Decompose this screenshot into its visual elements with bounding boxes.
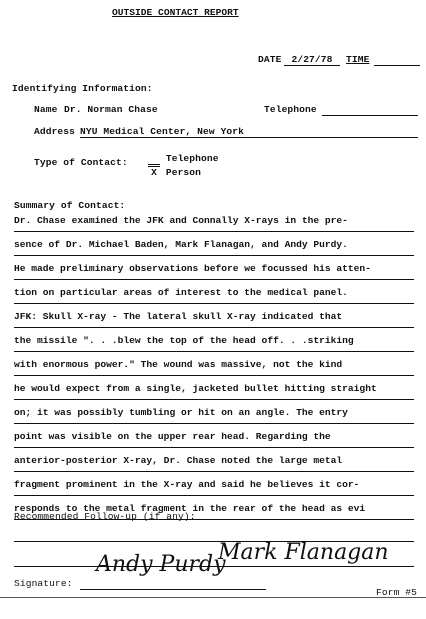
name-label: Name bbox=[34, 104, 57, 115]
address-label: Address bbox=[34, 126, 75, 137]
signature-label: Signature: bbox=[14, 578, 73, 589]
summary-line: sence of Dr. Michael Baden, Mark Flanaga… bbox=[14, 234, 414, 256]
summary-line: the missile ". . .blew the top of the he… bbox=[14, 330, 414, 352]
telephone-field[interactable] bbox=[322, 104, 418, 116]
telephone-label: Telephone bbox=[264, 104, 317, 115]
report-title: OUTSIDE CONTACT REPORT bbox=[112, 7, 239, 18]
signature-line[interactable] bbox=[80, 589, 266, 590]
time-field[interactable] bbox=[374, 54, 420, 66]
summary-line: with enormous power." The wound was mass… bbox=[14, 354, 414, 376]
signature-mark-flanagan: Mark Flanagan bbox=[218, 540, 389, 565]
followup-label: Recommended Follow-up (if any): bbox=[14, 511, 196, 522]
summary-line: fragment prominent in the X-ray and said… bbox=[14, 474, 414, 496]
bottom-divider bbox=[0, 597, 426, 598]
summary-line: He made preliminary observations before … bbox=[14, 258, 414, 280]
form-number: Form #5 bbox=[376, 587, 417, 598]
summary-line: Dr. Chase examined the JFK and Connally … bbox=[14, 210, 414, 232]
contact-option-telephone[interactable]: Telephone bbox=[148, 153, 219, 165]
telephone-option-label: Telephone bbox=[166, 153, 219, 164]
address-field[interactable]: NYU Medical Center, New York bbox=[80, 126, 418, 138]
contact-option-person[interactable]: X Person bbox=[148, 166, 201, 178]
telephone-checkbox[interactable] bbox=[148, 153, 160, 165]
date-label: DATE bbox=[258, 54, 281, 65]
contact-type-label: Type of Contact: bbox=[34, 157, 128, 168]
signature-andy-purdy: Andy Purdy bbox=[96, 552, 226, 577]
summary-line: he would expect from a single, jacketed … bbox=[14, 378, 414, 400]
identifying-heading: Identifying Information: bbox=[12, 83, 153, 94]
date-field[interactable]: 2/27/78 bbox=[284, 54, 340, 66]
summary-line: on; it was possibly tumbling or hit on a… bbox=[14, 402, 414, 424]
summary-line: tion on particular areas of interest to … bbox=[14, 282, 414, 304]
summary-line: JFK: Skull X-ray - The lateral skull X-r… bbox=[14, 306, 414, 328]
person-option-label: Person bbox=[166, 167, 201, 178]
name-value[interactable]: Dr. Norman Chase bbox=[64, 104, 158, 115]
time-label: TIME bbox=[346, 54, 369, 65]
summary-line: point was visible on the upper rear head… bbox=[14, 426, 414, 448]
person-checkbox[interactable]: X bbox=[148, 166, 160, 178]
summary-line: anterior-posterior X-ray, Dr. Chase note… bbox=[14, 450, 414, 472]
